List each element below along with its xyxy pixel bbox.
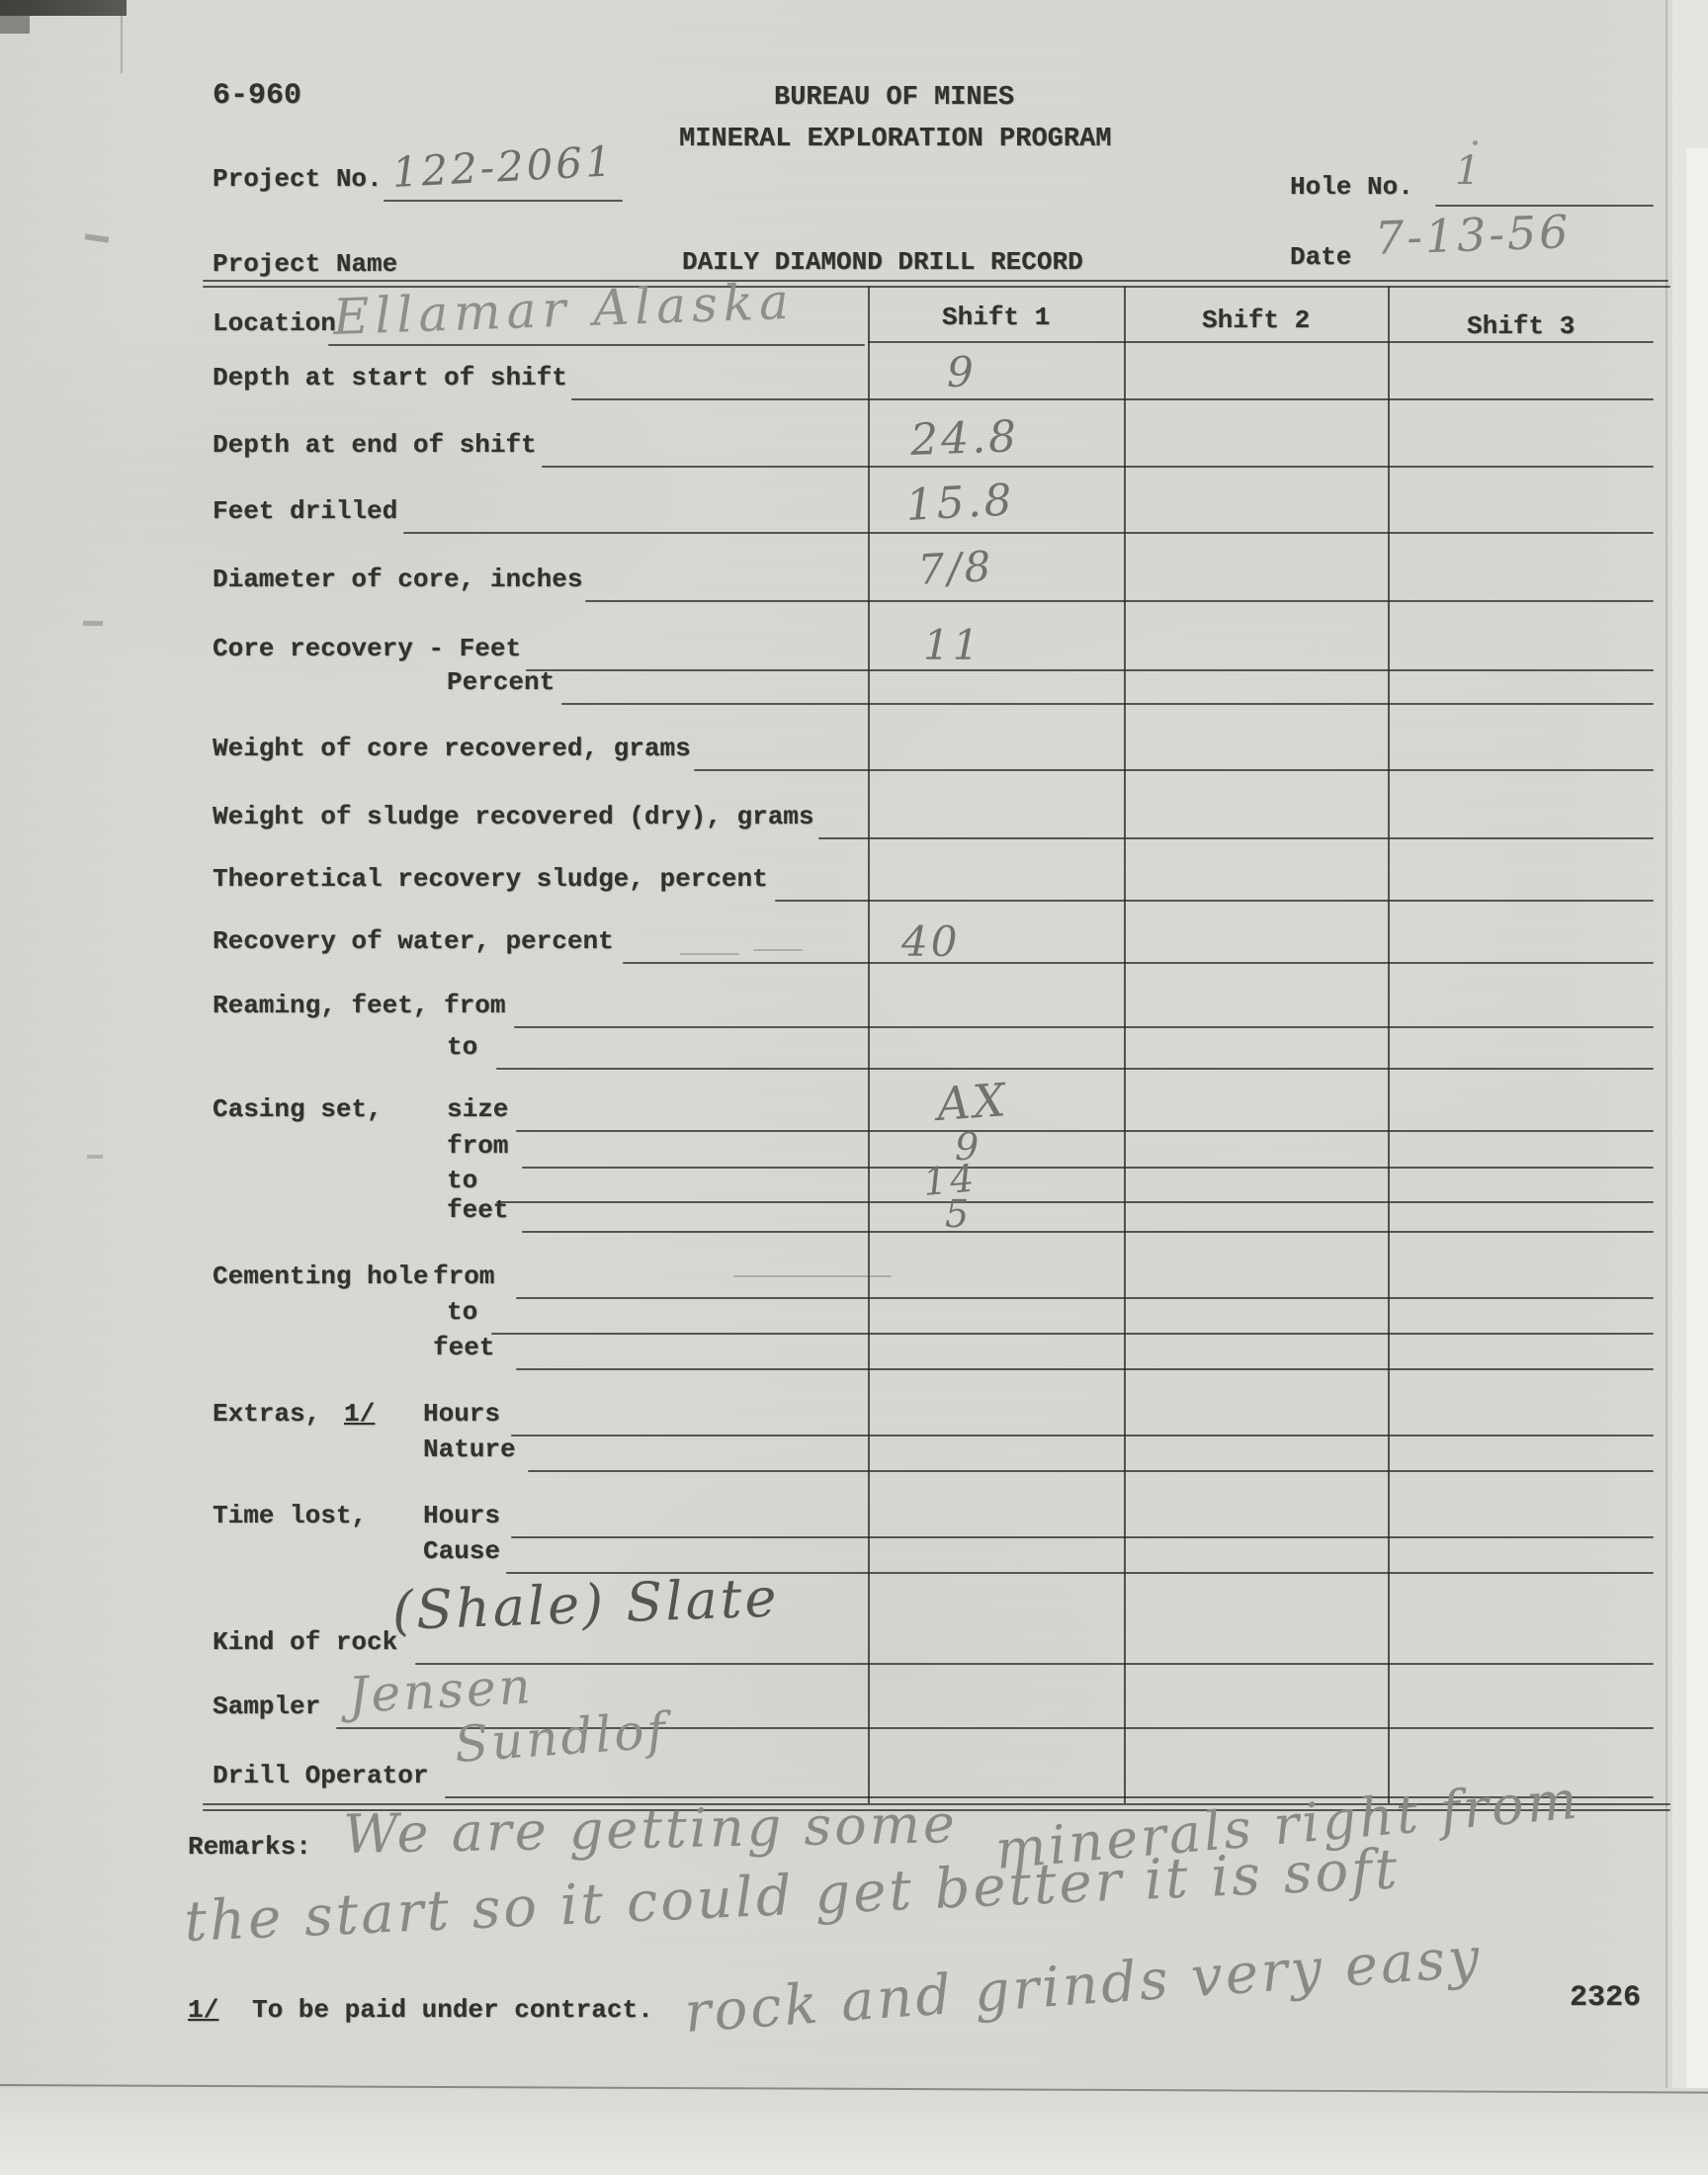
row-core-recovery-percent-label: Percent [447, 667, 555, 697]
program-name: MINERAL EXPLORATION PROGRAM [679, 125, 1111, 154]
date-label: Date [1290, 242, 1351, 272]
kind-of-rock-handwritten: (Shale) Slate [391, 1566, 781, 1642]
location-label: Location [213, 308, 336, 338]
table-top-rule [203, 280, 1668, 282]
footnote-text: To be paid under contract. [252, 1995, 653, 2025]
write-line [516, 1130, 1654, 1132]
row-cementing-group-label: Cementing hole [213, 1261, 428, 1291]
shift-header-underline [868, 341, 1654, 343]
table-column-divider [1124, 287, 1126, 1803]
remarks-handwritten-line1a: We are getting some [343, 1792, 958, 1866]
row-timelost-hours-label: Hours [423, 1501, 500, 1530]
shift1-value-casing-size: AX [935, 1073, 1010, 1131]
write-line [818, 837, 1654, 839]
footnote-mark: 1/ [188, 1995, 218, 2025]
paper-edge-right-highlight [1686, 148, 1708, 2175]
scan-artifact-corner [0, 0, 30, 34]
write-line [496, 1201, 1654, 1203]
location-handwritten: Ellamar Alaska [332, 273, 796, 346]
form-number: 6-960 [213, 79, 301, 113]
paper-edge-bottom-strip [0, 2088, 1708, 2175]
write-line [522, 1231, 1654, 1233]
page-number: 2326 [1570, 1981, 1641, 2015]
date-handwritten: 7-13-56 [1374, 205, 1572, 265]
hole-no-handwritten: 1 [1455, 148, 1483, 194]
write-line [514, 1026, 1654, 1028]
scan-smudge [83, 621, 103, 626]
hole-no-label: Hole No. [1290, 172, 1413, 202]
table-column-divider [868, 287, 870, 1803]
row-timelost-cause-label: Cause [423, 1536, 500, 1566]
row-extras-nature-label: Nature [423, 1435, 516, 1464]
shift1-value-feet-drilled: 15.8 [904, 475, 1015, 531]
write-line [526, 669, 1654, 671]
row-kind-of-rock-label: Kind of rock [213, 1627, 397, 1657]
pencil-dash [733, 1275, 892, 1277]
pencil-dot [1473, 140, 1478, 145]
write-line [511, 1536, 1654, 1538]
row-water-recovery-label: Recovery of water, percent [213, 926, 614, 956]
row-timelost-group-label: Time lost, [213, 1501, 367, 1530]
paper-edge-left [121, 4, 123, 73]
row-casing-to-label: to [447, 1166, 477, 1195]
write-line [694, 769, 1654, 771]
column-header-shift1: Shift 1 [942, 303, 1050, 332]
write-line [491, 1333, 1654, 1335]
row-casing-size-label: size [447, 1094, 508, 1124]
column-header-shift2: Shift 2 [1202, 305, 1310, 335]
shift1-value-core-recovery: 11 [923, 621, 982, 669]
write-line [516, 1368, 1654, 1370]
column-header-shift3: Shift 3 [1467, 311, 1575, 341]
row-casing-feet-label: feet [447, 1195, 508, 1225]
scan-smudge [87, 1155, 103, 1159]
row-reaming-from-label: Reaming, feet, from [213, 991, 505, 1020]
scan-smudge [85, 233, 110, 242]
row-extras-group-label: Extras, [213, 1399, 320, 1429]
row-casing-group-label: Casing set, [213, 1094, 383, 1124]
write-line [623, 962, 1654, 964]
location-line [328, 344, 865, 346]
row-cementing-from-label: from [433, 1261, 494, 1291]
write-line [775, 900, 1654, 902]
write-line [403, 532, 1654, 534]
shift1-value-depth-start: 9 [947, 348, 977, 396]
row-depth-start-label: Depth at start of shift [213, 363, 567, 392]
write-line [511, 1435, 1654, 1436]
row-sludge-weight-label: Weight of sludge recovered (dry), grams [213, 802, 814, 831]
remarks-handwritten-line3: rock and grinds very easy [682, 1926, 1484, 2045]
scanned-drill-record-page: 6-960 BUREAU OF MINES MINERAL EXPLORATIO… [0, 0, 1708, 2175]
write-line [585, 600, 1654, 602]
project-name-label: Project Name [213, 249, 397, 279]
project-no-label: Project No. [213, 164, 383, 194]
row-drill-operator-label: Drill Operator [213, 1761, 428, 1790]
shift1-value-depth-end: 24.8 [909, 411, 1020, 466]
shift1-value-casing-feet: 5 [945, 1192, 972, 1236]
write-line [516, 1297, 1654, 1299]
row-theoretical-recovery-label: Theoretical recovery sludge, percent [213, 864, 768, 894]
write-line [542, 466, 1654, 468]
paper-edge-right-line [1665, 0, 1667, 2175]
form-title: DAILY DIAMOND DRILL RECORD [682, 247, 1083, 277]
row-casing-from-label: from [447, 1131, 508, 1161]
row-cementing-feet-label: feet [433, 1333, 494, 1362]
row-extras-hours-label: Hours [423, 1399, 500, 1429]
row-cementing-to-label: to [447, 1297, 477, 1327]
write-line [415, 1663, 1654, 1665]
row-core-diameter-label: Diameter of core, inches [213, 565, 582, 594]
row-depth-end-label: Depth at end of shift [213, 430, 537, 460]
row-core-recovery-feet-label: Core recovery - Feet [213, 634, 521, 663]
project-no-handwritten: 122-2061 [390, 136, 616, 197]
pencil-dash [680, 953, 739, 955]
row-core-weight-label: Weight of core recovered, grams [213, 734, 691, 763]
row-sampler-label: Sampler [213, 1692, 320, 1721]
write-line [561, 703, 1654, 705]
pencil-dash [753, 949, 803, 951]
project-no-line [384, 200, 623, 202]
row-feet-drilled-label: Feet drilled [213, 496, 397, 526]
shift1-value-water-recovery: 40 [901, 917, 960, 966]
remarks-label: Remarks: [188, 1832, 311, 1862]
row-reaming-to-label: to [447, 1032, 477, 1062]
write-line [496, 1068, 1654, 1070]
extras-footnote-mark: 1/ [344, 1399, 375, 1429]
write-line [528, 1470, 1654, 1472]
write-line [571, 398, 1654, 400]
table-column-divider [1388, 287, 1390, 1803]
shift1-value-core-diameter: 7/8 [916, 542, 994, 594]
write-line [522, 1167, 1654, 1169]
agency-name: BUREAU OF MINES [774, 83, 1014, 113]
